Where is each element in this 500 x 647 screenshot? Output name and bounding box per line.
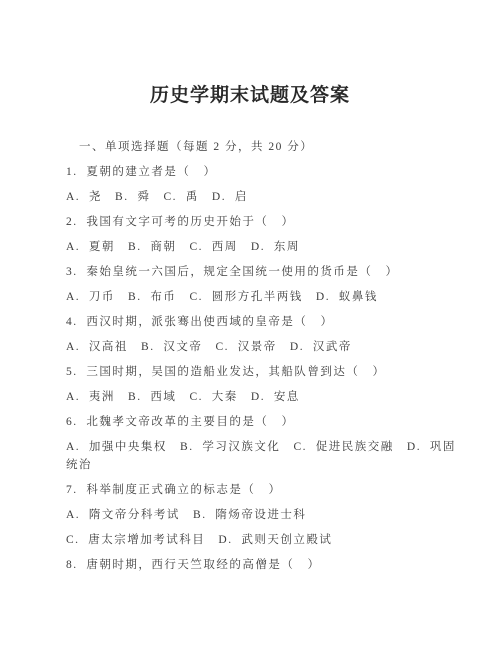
question-text: 7. 科举制度正式确立的标志是（ ） <box>66 481 476 499</box>
option-line: A. 加强中央集权 B. 学习汉族文化 C. 促进民族交融 D. 巩固 <box>66 438 476 456</box>
option-line: A. 尧 B. 舜 C. 禹 D. 启 <box>66 188 476 206</box>
option-line: A. 汉高祖 B. 汉文帝 C. 汉景帝 D. 汉武帝 <box>66 338 476 356</box>
question-text: 6. 北魏孝文帝改革的主要目的是（ ） <box>66 413 476 431</box>
question-text: 8. 唐朝时期，西行天竺取经的高僧是（ ） <box>66 556 476 574</box>
question-text: 3. 秦始皇统一六国后，规定全国统一使用的货币是（ ） <box>66 263 476 281</box>
option-line: A. 隋文帝分科考试 B. 隋炀帝设进士科 <box>66 506 476 524</box>
option-line: A. 夏朝 B. 商朝 C. 西周 D. 东周 <box>66 238 476 256</box>
exam-body: 一、单项选择题（每题 2 分，共 20 分） 1. 夏朝的建立者是（ ） A. … <box>66 138 476 574</box>
option-block: A. 加强中央集权 B. 学习汉族文化 C. 促进民族交融 D. 巩固 统治 <box>66 438 476 474</box>
question-text: 5. 三国时期，吴国的造船业发达，其船队曾到达（ ） <box>66 363 476 381</box>
option-line-wrap: 统治 <box>66 456 476 474</box>
question-text: 1. 夏朝的建立者是（ ） <box>66 163 476 181</box>
option-line: C. 唐太宗增加考试科目 D. 武则天创立殿试 <box>66 531 476 549</box>
section-header: 一、单项选择题（每题 2 分，共 20 分） <box>66 138 476 156</box>
option-line: A. 刀币 B. 布币 C. 圆形方孔半两钱 D. 蚁鼻钱 <box>66 288 476 306</box>
question-text: 2. 我国有文字可考的历史开始于（ ） <box>66 213 476 231</box>
exam-document: 历史学期末试题及答案 一、单项选择题（每题 2 分，共 20 分） 1. 夏朝的… <box>0 0 500 647</box>
page-title: 历史学期末试题及答案 <box>0 0 500 108</box>
option-line: A. 夷洲 B. 西域 C. 大秦 D. 安息 <box>66 388 476 406</box>
question-text: 4. 西汉时期，派张骞出使西域的皇帝是（ ） <box>66 313 476 331</box>
